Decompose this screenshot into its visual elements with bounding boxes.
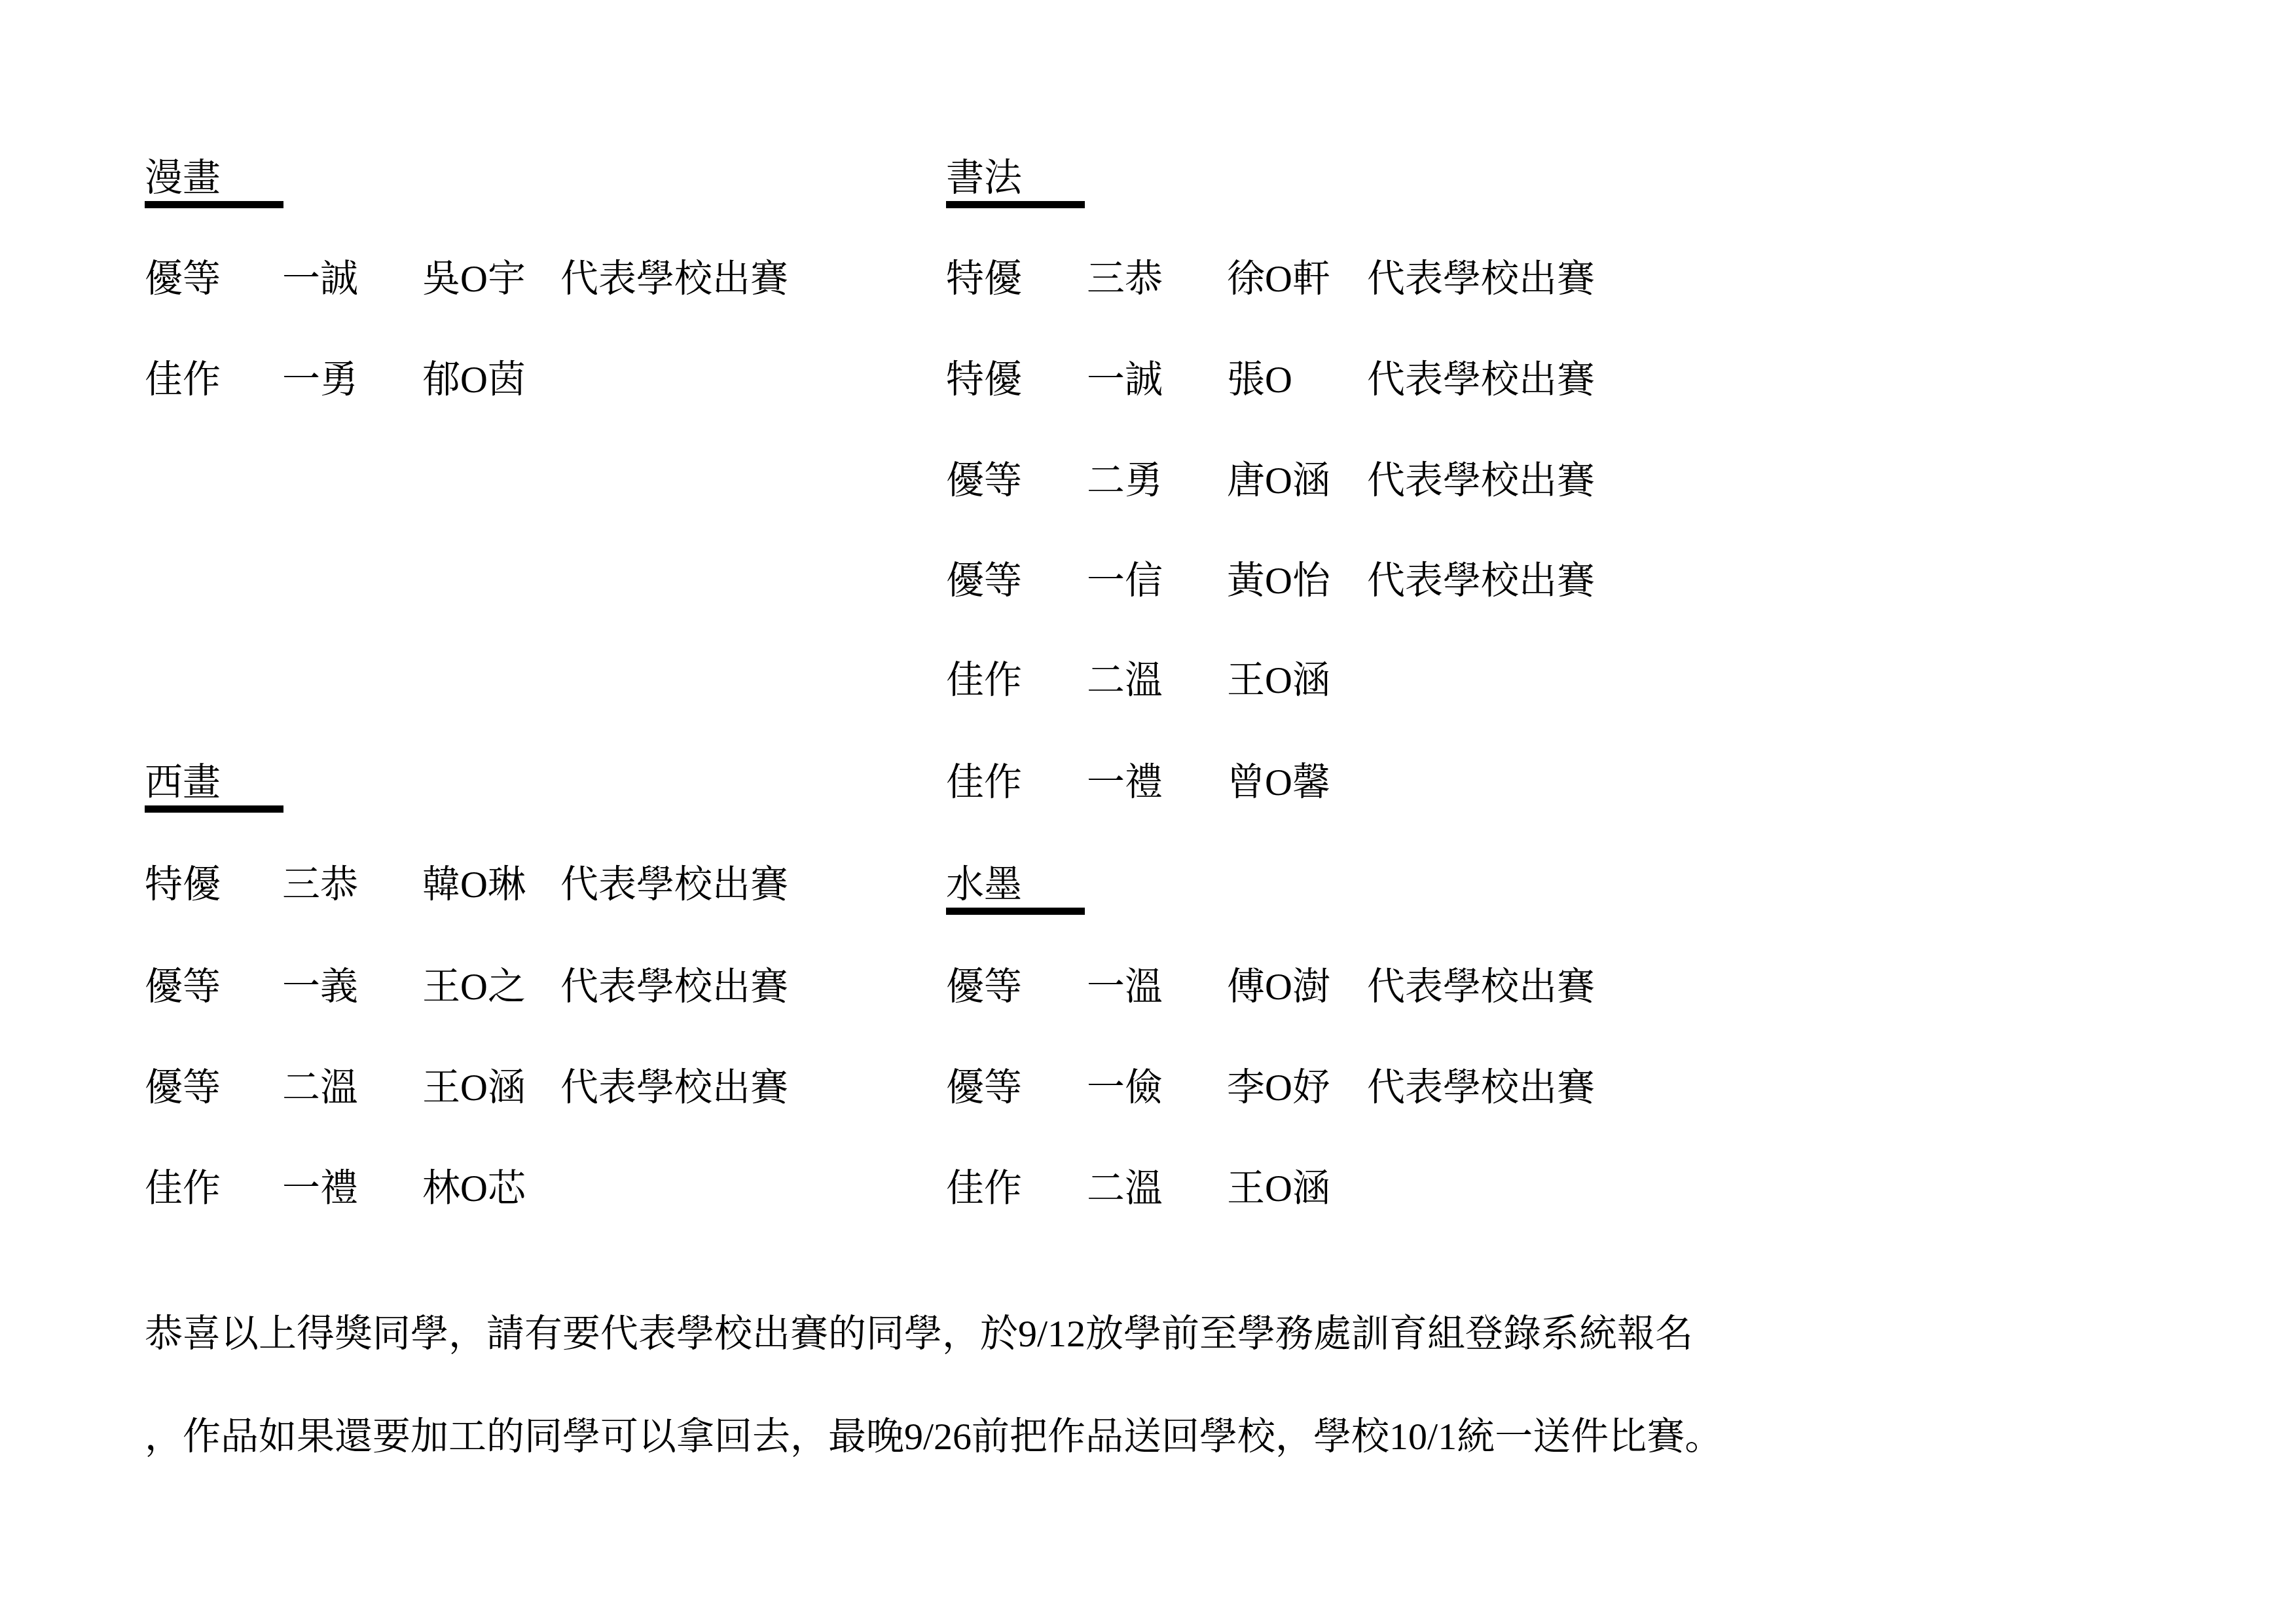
section-title-manhua: 漫畫 [145, 159, 283, 208]
award-grade: 特優 [946, 361, 1022, 399]
student-name: 傅O澍 [1227, 968, 1330, 1006]
student-name: 王O之 [422, 968, 526, 1006]
remark-text: 代表學校出賽 [560, 968, 788, 1006]
student-name: 李O妤 [1227, 1069, 1330, 1107]
remark-text: 代表學校出賽 [1367, 462, 1595, 500]
class-label: 一義 [282, 968, 358, 1006]
award-grade: 佳作 [946, 1170, 1022, 1208]
remark-text: 代表學校出賽 [560, 1069, 788, 1107]
award-grade: 特優 [145, 866, 221, 904]
class-label: 二勇 [1087, 462, 1163, 500]
class-label: 一禮 [282, 1170, 358, 1208]
class-label: 二溫 [282, 1069, 358, 1107]
student-name: 王O涵 [1227, 1170, 1330, 1208]
award-grade: 佳作 [145, 1170, 221, 1208]
award-grade: 特優 [946, 260, 1022, 298]
award-grade: 佳作 [946, 764, 1022, 802]
student-name: 郁O茵 [422, 361, 526, 399]
award-grade: 佳作 [145, 361, 221, 399]
award-grade: 優等 [145, 1069, 221, 1107]
section-title-shuimo: 水墨 [946, 866, 1085, 915]
class-label: 一溫 [1087, 968, 1163, 1006]
student-name: 徐O軒 [1227, 260, 1330, 298]
section-title-shufa: 書法 [946, 159, 1085, 208]
document-page: 漫畫 優等 一誠 吳O宇 代表學校出賽 佳作 一勇 郁O茵 西畫 特優 三恭 韓… [0, 0, 2296, 1624]
student-name: 張O [1227, 361, 1292, 399]
award-grade: 優等 [145, 260, 221, 298]
class-label: 一禮 [1087, 764, 1163, 802]
section-title-xihua: 西畫 [145, 764, 283, 813]
student-name: 吳O宇 [422, 260, 526, 298]
student-name: 曾O馨 [1227, 764, 1330, 802]
class-label: 二溫 [1087, 661, 1163, 699]
class-label: 一信 [1087, 562, 1163, 600]
award-grade: 優等 [145, 968, 221, 1006]
footer-line: 恭喜以上得獎同學，請有要代表學校出賽的同學，於9/12放學前至學務處訓育組登錄系… [145, 1315, 1693, 1353]
award-grade: 優等 [946, 562, 1022, 600]
award-grade: 優等 [946, 1069, 1022, 1107]
award-grade: 優等 [946, 968, 1022, 1006]
remark-text: 代表學校出賽 [1367, 361, 1595, 399]
class-label: 三恭 [282, 866, 358, 904]
class-label: 一勇 [282, 361, 358, 399]
student-name: 王O涵 [422, 1069, 526, 1107]
remark-text: 代表學校出賽 [1367, 562, 1595, 600]
award-grade: 優等 [946, 462, 1022, 500]
student-name: 王O涵 [1227, 661, 1330, 699]
class-label: 一誠 [1087, 361, 1163, 399]
class-label: 一儉 [1087, 1069, 1163, 1107]
class-label: 三恭 [1087, 260, 1163, 298]
remark-text: 代表學校出賽 [1367, 260, 1595, 298]
award-grade: 佳作 [946, 661, 1022, 699]
student-name: 林O芯 [422, 1170, 526, 1208]
remark-text: 代表學校出賽 [560, 260, 788, 298]
student-name: 唐O涵 [1227, 462, 1330, 500]
footer-line: ，作品如果還要加工的同學可以拿回去，最晚9/26前把作品送回學校，學校10/1統… [145, 1418, 1722, 1456]
remark-text: 代表學校出賽 [560, 866, 788, 904]
remark-text: 代表學校出賽 [1367, 968, 1595, 1006]
student-name: 韓O琳 [422, 866, 526, 904]
remark-text: 代表學校出賽 [1367, 1069, 1595, 1107]
class-label: 一誠 [282, 260, 358, 298]
student-name: 黃O怡 [1227, 562, 1330, 600]
class-label: 二溫 [1087, 1170, 1163, 1208]
